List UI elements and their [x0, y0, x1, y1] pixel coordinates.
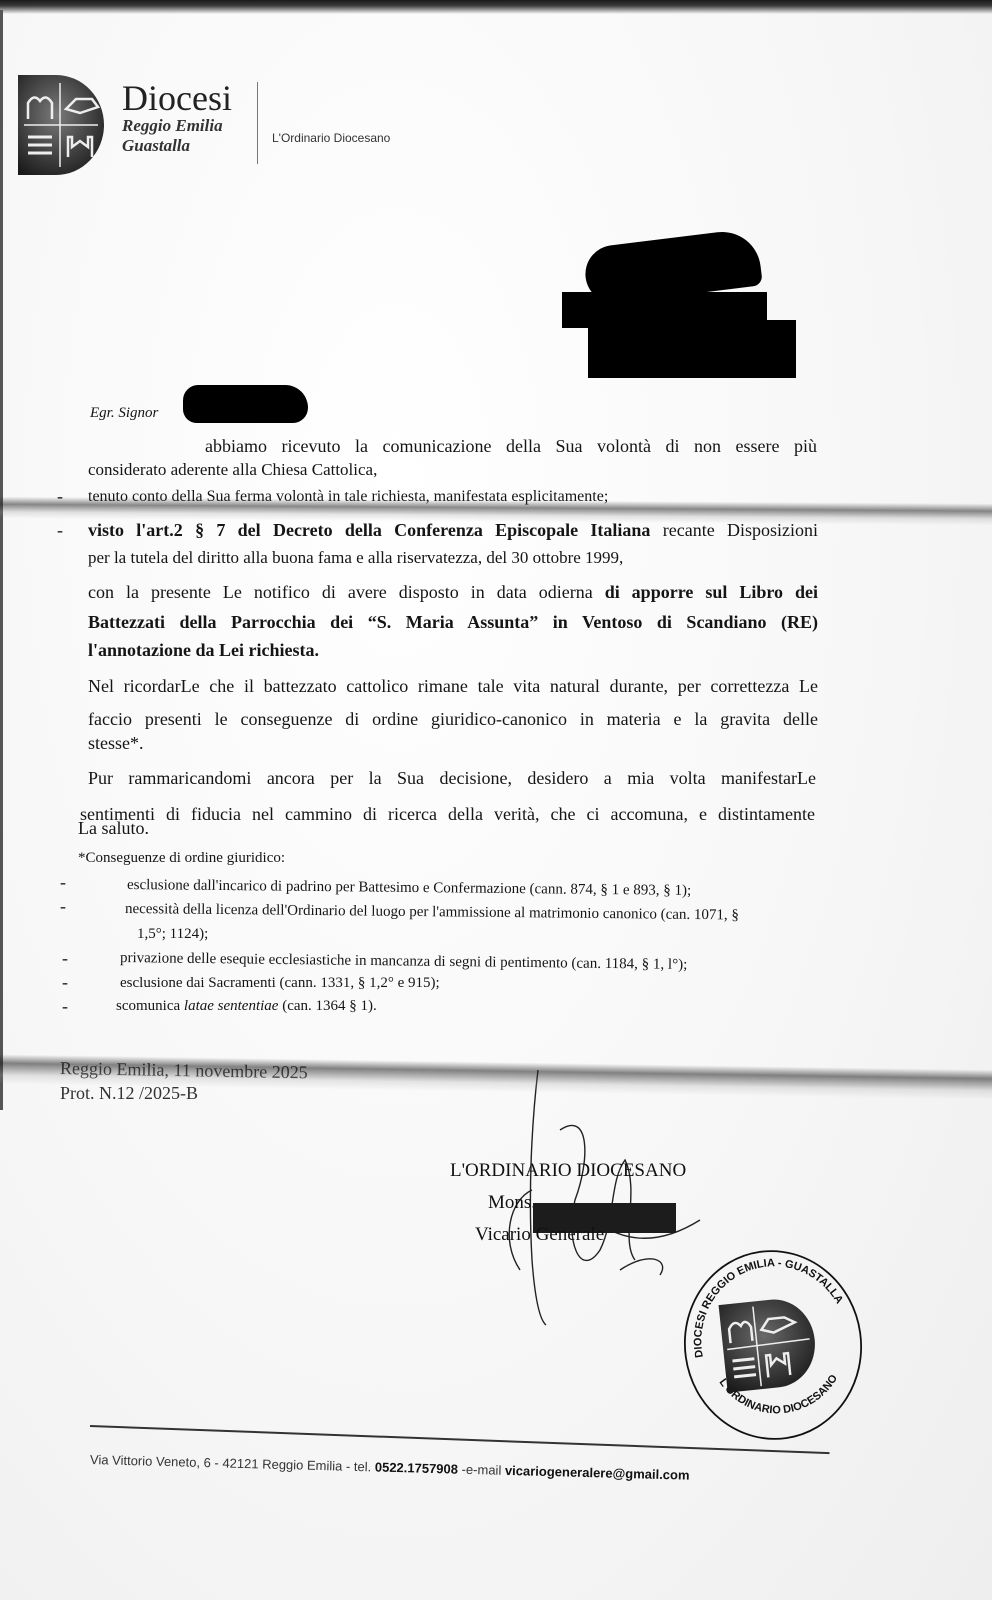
- bullet-marker: -: [62, 996, 68, 1017]
- notify-bold: di apporre sul Libro dei: [605, 582, 818, 602]
- diocese-logo-icon: [18, 75, 104, 175]
- para2-line-2: faccio presenti le conseguenze di ordine…: [88, 705, 818, 734]
- consequence-item: esclusione dall'incarico di padrino per …: [127, 877, 691, 900]
- canon-reference: (can. 1364 § 1).: [278, 998, 376, 1014]
- signer-title: L'ORDINARIO DIOCESANO: [450, 1160, 686, 1182]
- consequence-item: privazione delle esequie ecclesiastiche …: [120, 950, 687, 974]
- brand-name: Diocesi: [122, 80, 232, 116]
- signer-prefix: Mons.: [488, 1192, 536, 1214]
- office-label: L'Ordinario Diocesano: [272, 131, 390, 145]
- redaction-address: [588, 320, 796, 378]
- notify-line-2: Battezzati della Parrocchia dei “S. Mari…: [88, 608, 818, 637]
- para3-line-1: Pur rammaricandomi ancora per la Sua dec…: [88, 764, 816, 793]
- footer-email-label: -e-mail: [458, 1462, 505, 1478]
- notify-plain: con la presente Le notifico di avere dis…: [88, 582, 605, 602]
- consequence-item-continuation: 1,5°; 1124);: [137, 926, 208, 943]
- salutation: Egr. Signor: [90, 405, 158, 422]
- bullet-marker: -: [62, 948, 68, 969]
- redaction-recipient-name: [183, 385, 308, 423]
- consequence-item: esclusione dai Sacramenti (cann. 1331, §…: [120, 975, 440, 992]
- footer-address: Via Vittorio Veneto, 6 - 42121 Reggio Em…: [90, 1452, 375, 1474]
- notify-line-3: l'annotazione da Lei richiesta.: [88, 640, 319, 661]
- consequences-title: *Conseguenze di ordine giuridico:: [78, 850, 285, 867]
- para3-line-2: sentimenti di fiducia nel cammino di ric…: [80, 800, 815, 829]
- intro-line-1: abbiamo ricevuto la comunicazione della …: [205, 432, 817, 461]
- notify-line-1: con la presente Le notifico di avere dis…: [88, 578, 818, 607]
- footer-phone[interactable]: 0522.1757908: [375, 1459, 459, 1476]
- footer-email[interactable]: vicariogeneralere@gmail.com: [505, 1463, 690, 1483]
- para2-line-3: stesse*.: [88, 733, 144, 754]
- signer-role: Vicario Generale: [475, 1224, 604, 1246]
- bullet-2-line-1: visto l'art.2 § 7 del Decreto della Conf…: [88, 516, 818, 545]
- intro-line-2: considerato aderente alla Chiesa Cattoli…: [88, 460, 377, 480]
- consequence-item: scomunica latae sententiae (can. 1364 § …: [116, 998, 377, 1015]
- consequence-item: necessità della licenza dell'Ordinario d…: [125, 901, 739, 924]
- diocese-brand: Diocesi Reggio Emilia Guastalla: [122, 80, 232, 156]
- diocese-stamp: DIOCESI REGGIO EMILIA - GUASTALLA L'ORDI…: [675, 1245, 865, 1445]
- para3-line-3: La saluto.: [78, 818, 149, 839]
- header-divider: [257, 82, 258, 164]
- place-date: Reggio Emilia, 11 novembre 2025: [60, 1058, 308, 1083]
- bullet-2-line-2: per la tutela del diritto alla buona fam…: [88, 548, 623, 568]
- letter-page: Diocesi Reggio Emilia Guastalla L'Ordina…: [0, 0, 992, 1600]
- decree-reference: visto l'art.2 § 7 del Decreto della Conf…: [88, 520, 650, 540]
- protocol-number: Prot. N.12 /2025-B: [60, 1083, 198, 1104]
- bullet-marker: -: [60, 896, 66, 917]
- bullet-marker: -: [60, 872, 66, 893]
- brand-subtitle-2: Guastalla: [122, 136, 232, 156]
- brand-subtitle-1: Reggio Emilia: [122, 116, 232, 136]
- para2-line-1: Nel ricordarLe che il battezzato cattoli…: [88, 672, 818, 701]
- bullet-marker: -: [57, 486, 63, 507]
- decree-rest: recante Disposizioni: [650, 520, 818, 540]
- bullet-1: tenuto conto della Sua ferma volontà in …: [88, 488, 608, 506]
- paper-left-edge: [0, 10, 3, 1110]
- bullet-marker: -: [57, 520, 63, 541]
- footer-contact: Via Vittorio Veneto, 6 - 42121 Reggio Em…: [90, 1452, 690, 1483]
- latin-term: latae sententiae: [184, 998, 279, 1014]
- paper-top-shadow: [0, 0, 992, 14]
- excommunication-label: scomunica: [116, 998, 184, 1014]
- bullet-marker: -: [62, 972, 68, 993]
